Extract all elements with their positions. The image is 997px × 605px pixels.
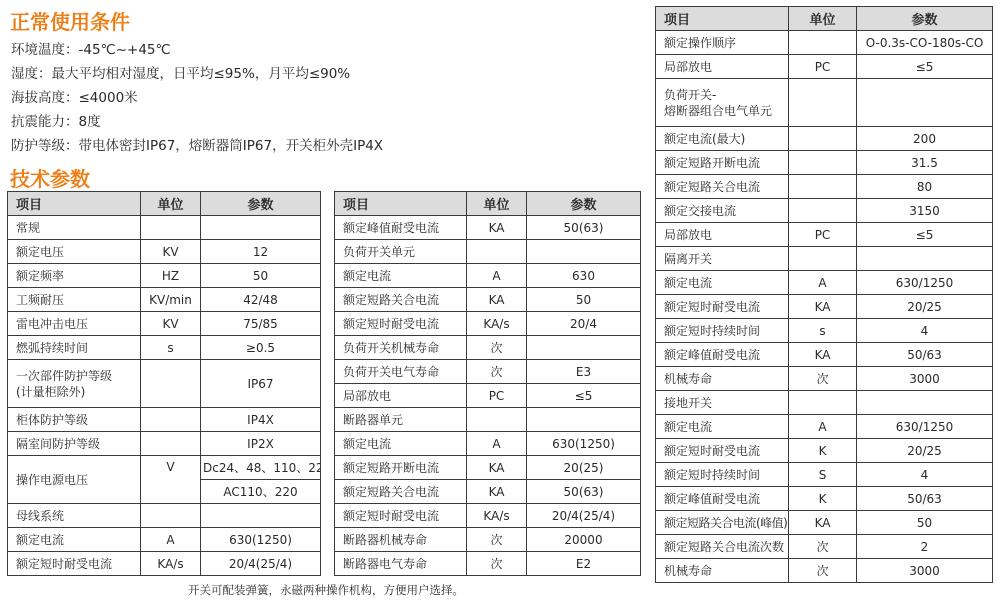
cell-value: 630(1250) bbox=[527, 432, 641, 456]
cell-item: 局部放电 bbox=[656, 223, 789, 247]
cell-unit bbox=[789, 151, 857, 175]
cell-unit bbox=[789, 31, 857, 55]
cell-unit bbox=[141, 504, 201, 528]
cell-value-2: AC110、220 bbox=[201, 480, 321, 504]
cell-value: E2 bbox=[527, 552, 641, 576]
cell-item: 机械寿命 bbox=[656, 559, 789, 583]
table-header-row: 项目 单位 参数 bbox=[335, 192, 641, 216]
cell-value: 80 bbox=[857, 175, 993, 199]
cell-item: 额定短路关合电流次数 bbox=[656, 535, 789, 559]
cell-item: 额定电流 bbox=[335, 432, 467, 456]
cell-unit: KV bbox=[141, 240, 201, 264]
condition-altitude: 海拔高度：≤4000米 bbox=[11, 86, 631, 110]
cell-value: 3000 bbox=[857, 559, 993, 583]
cell-unit: KA/s bbox=[467, 504, 527, 528]
cell-item: 接地开关 bbox=[656, 391, 789, 415]
cell-unit: 次 bbox=[467, 528, 527, 552]
cell-value: 4 bbox=[857, 463, 993, 487]
cell-item: 额定电流 bbox=[8, 528, 141, 552]
table-row: 额定峰值耐受电流KA50(63) bbox=[335, 216, 641, 240]
cell-value: E3 bbox=[527, 360, 641, 384]
table-row: 局部放电PC≤5 bbox=[656, 223, 993, 247]
cell-value: 4 bbox=[857, 319, 993, 343]
cell-item: 额定交接电流 bbox=[656, 199, 789, 223]
cell-value: IP67 bbox=[201, 360, 321, 408]
cell-item: 断路器电气寿命 bbox=[335, 552, 467, 576]
cell-value bbox=[201, 216, 321, 240]
cell-item-line2: 熔断器组合电气单元 bbox=[664, 103, 780, 119]
table-row: 隔离开关 bbox=[656, 247, 993, 271]
cell-item: 额定电流 bbox=[335, 264, 467, 288]
table-row: 燃弧持续时间s≥0.5 bbox=[8, 336, 321, 360]
cell-unit: KV/min bbox=[141, 288, 201, 312]
table-row: 柜体防护等级IP4X bbox=[8, 408, 321, 432]
cell-item: 额定峰值耐受电流 bbox=[656, 487, 789, 511]
header-unit: 单位 bbox=[141, 192, 201, 216]
cell-item: 额定短时持续时间 bbox=[656, 319, 789, 343]
cell-item: 额定电流 bbox=[656, 271, 789, 295]
cell-item: 额定短时耐受电流 bbox=[8, 552, 141, 576]
cell-value: 50/63 bbox=[857, 343, 993, 367]
spec-table-units: 项目 单位 参数 额定峰值耐受电流KA50(63) 负荷开关单元 额定电流A63… bbox=[334, 191, 641, 576]
cell-value: 630 bbox=[527, 264, 641, 288]
cell-item: 隔离开关 bbox=[656, 247, 789, 271]
cell-item: 隔室间防护等级 bbox=[8, 432, 141, 456]
cell-item: 局部放电 bbox=[656, 55, 789, 79]
cell-unit bbox=[467, 408, 527, 432]
table-row: 常规 bbox=[8, 216, 321, 240]
table-row: 接地开关 bbox=[656, 391, 993, 415]
cell-item: 额定短路开断电流 bbox=[656, 151, 789, 175]
cell-item: 额定短时耐受电流 bbox=[335, 312, 467, 336]
cell-unit: S bbox=[789, 463, 857, 487]
table-row: 负荷开关机械寿命次 bbox=[335, 336, 641, 360]
cell-item: 机械寿命 bbox=[656, 367, 789, 391]
header-value: 参数 bbox=[201, 192, 321, 216]
cell-item: 额定短时耐受电流 bbox=[656, 295, 789, 319]
cell-unit: A bbox=[467, 432, 527, 456]
header-item: 项目 bbox=[656, 7, 789, 31]
cell-item-line1: 负荷开关- bbox=[664, 87, 780, 103]
table-row: 额定短时持续时间S4 bbox=[656, 463, 993, 487]
table-row: 额定短时持续时间s4 bbox=[656, 319, 993, 343]
cell-item: 一次部件防护等级 (计量柜除外) bbox=[8, 360, 141, 408]
table-row: 额定电流A630 bbox=[335, 264, 641, 288]
table-row: 额定短路关合电流KA50(63) bbox=[335, 480, 641, 504]
table-row: 额定电流(最大)200 bbox=[656, 127, 993, 151]
table-row: 额定短时耐受电流KA/s20/4(25/4) bbox=[335, 504, 641, 528]
cell-value: 20000 bbox=[527, 528, 641, 552]
cell-item: 局部放电 bbox=[335, 384, 467, 408]
cell-item: 负荷开关电气寿命 bbox=[335, 360, 467, 384]
header-unit: 单位 bbox=[789, 7, 857, 31]
cell-item: 常规 bbox=[8, 216, 141, 240]
cell-value: 20/4(25/4) bbox=[201, 552, 321, 576]
cell-value: 3150 bbox=[857, 199, 993, 223]
cell-value bbox=[857, 391, 993, 415]
cell-value: ≤5 bbox=[857, 55, 993, 79]
table-row: 操作电源电压 V Dc24、48、110、220 bbox=[8, 456, 321, 480]
table-row: 断路器单元 bbox=[335, 408, 641, 432]
cell-item: 断路器单元 bbox=[335, 408, 467, 432]
cell-value: O-0.3s-CO-180s-CO bbox=[857, 31, 993, 55]
cell-value bbox=[201, 504, 321, 528]
cell-unit bbox=[789, 175, 857, 199]
cell-value: 31.5 bbox=[857, 151, 993, 175]
cell-item: 额定短时耐受电流 bbox=[335, 504, 467, 528]
cell-unit: 次 bbox=[789, 535, 857, 559]
footnote: 开关可配装弹簧，永磁两种操作机构，方便用户选择。 bbox=[188, 582, 464, 598]
cell-unit bbox=[789, 79, 857, 127]
cell-value: 50/63 bbox=[857, 487, 993, 511]
cell-unit: A bbox=[141, 528, 201, 552]
table-row: 断路器机械寿命次20000 bbox=[335, 528, 641, 552]
cell-value: 630(1250) bbox=[201, 528, 321, 552]
cell-item: 额定短时耐受电流 bbox=[656, 439, 789, 463]
cell-value bbox=[527, 408, 641, 432]
cell-value: ≤5 bbox=[857, 223, 993, 247]
cell-unit bbox=[467, 240, 527, 264]
cell-unit: K bbox=[789, 487, 857, 511]
table-row: 额定短路开断电流KA20(25) bbox=[335, 456, 641, 480]
table-row: 额定电压KV12 bbox=[8, 240, 321, 264]
cell-value bbox=[857, 79, 993, 127]
condition-seismic: 抗震能力：8度 bbox=[11, 110, 631, 134]
cell-unit: V bbox=[141, 456, 201, 504]
cell-item: 负荷开关- 熔断器组合电气单元 bbox=[656, 79, 789, 127]
cell-value: 20(25) bbox=[527, 456, 641, 480]
table-row: 额定短路关合电流(峰值)KA50 bbox=[656, 511, 993, 535]
header-value: 参数 bbox=[527, 192, 641, 216]
condition-protection: 防护等级：带电体密封IP67，熔断器筒IP67，开关柜外壳IP4X bbox=[11, 134, 631, 158]
cell-unit: s bbox=[141, 336, 201, 360]
cell-item: 额定电流 bbox=[656, 415, 789, 439]
table-row: 机械寿命次3000 bbox=[656, 367, 993, 391]
cell-unit: KA bbox=[467, 288, 527, 312]
cell-unit: PC bbox=[467, 384, 527, 408]
cell-unit: A bbox=[467, 264, 527, 288]
cell-value: 50 bbox=[527, 288, 641, 312]
cell-value: 12 bbox=[201, 240, 321, 264]
cell-value: 2 bbox=[857, 535, 993, 559]
cell-item: 额定电流(最大) bbox=[656, 127, 789, 151]
tech-title: 技术参数 bbox=[10, 163, 90, 192]
cell-item: 额定峰值耐受电流 bbox=[656, 343, 789, 367]
cell-value: 630/1250 bbox=[857, 271, 993, 295]
cell-value bbox=[527, 240, 641, 264]
cell-unit: KV bbox=[141, 312, 201, 336]
cell-unit: PC bbox=[789, 223, 857, 247]
table-row: 额定短时耐受电流KA/s20/4 bbox=[335, 312, 641, 336]
cell-unit: 次 bbox=[789, 559, 857, 583]
table-row: 负荷开关- 熔断器组合电气单元 bbox=[656, 79, 993, 127]
table-row: 局部放电PC≤5 bbox=[656, 55, 993, 79]
cell-value: 630/1250 bbox=[857, 415, 993, 439]
cell-item: 操作电源电压 bbox=[8, 456, 141, 504]
table-row: 额定交接电流3150 bbox=[656, 199, 993, 223]
cell-item: 额定短路关合电流(峰值) bbox=[656, 511, 789, 535]
cell-value: 200 bbox=[857, 127, 993, 151]
table-row: 额定电流A630/1250 bbox=[656, 271, 993, 295]
cell-item: 额定短路关合电流 bbox=[335, 480, 467, 504]
cell-unit: HZ bbox=[141, 264, 201, 288]
conditions-title: 正常使用条件 bbox=[10, 6, 130, 35]
condition-temperature: 环境温度：-45℃~+45℃ bbox=[11, 38, 631, 62]
table-row: 额定短时耐受电流KA20/25 bbox=[656, 295, 993, 319]
cell-unit: KA bbox=[789, 295, 857, 319]
cell-value: Dc24、48、110、220 bbox=[201, 456, 321, 480]
table-row: 负荷开关电气寿命次E3 bbox=[335, 360, 641, 384]
cell-item: 工频耐压 bbox=[8, 288, 141, 312]
cell-item: 额定频率 bbox=[8, 264, 141, 288]
cell-value: 50 bbox=[201, 264, 321, 288]
cell-unit: 次 bbox=[467, 336, 527, 360]
cell-unit: KA bbox=[789, 343, 857, 367]
cell-unit: 次 bbox=[789, 367, 857, 391]
conditions-list: 环境温度：-45℃~+45℃ 湿度：最大平均相对湿度，日平均≤95%，月平均≤9… bbox=[11, 38, 631, 158]
table-row: 额定峰值耐受电流KA50/63 bbox=[656, 343, 993, 367]
cell-item: 额定短时持续时间 bbox=[656, 463, 789, 487]
table-row: 机械寿命次3000 bbox=[656, 559, 993, 583]
table-row: 额定电流A630/1250 bbox=[656, 415, 993, 439]
cell-unit: KA bbox=[467, 480, 527, 504]
cell-value: IP4X bbox=[201, 408, 321, 432]
table-row: 隔室间防护等级IP2X bbox=[8, 432, 321, 456]
cell-unit: KA bbox=[467, 216, 527, 240]
table-row: 额定短路开断电流31.5 bbox=[656, 151, 993, 175]
cell-item: 负荷开关机械寿命 bbox=[335, 336, 467, 360]
cell-value: 20/25 bbox=[857, 439, 993, 463]
table-row: 局部放电PC≤5 bbox=[335, 384, 641, 408]
table-row: 负荷开关单元 bbox=[335, 240, 641, 264]
table-row: 额定短时耐受电流K20/25 bbox=[656, 439, 993, 463]
cell-value: 42/48 bbox=[201, 288, 321, 312]
table-row: 一次部件防护等级 (计量柜除外) IP67 bbox=[8, 360, 321, 408]
cell-item-line1: 一次部件防护等级 bbox=[16, 368, 132, 384]
cell-value: 75/85 bbox=[201, 312, 321, 336]
table-header-row: 项目 单位 参数 bbox=[656, 7, 993, 31]
table-row: 额定短路关合电流KA50 bbox=[335, 288, 641, 312]
table-row: 额定短路关合电流次数次2 bbox=[656, 535, 993, 559]
table-row: 额定电流A630(1250) bbox=[8, 528, 321, 552]
spec-table-switches: 项目 单位 参数 额定操作顺序O-0.3s-CO-180s-CO 局部放电PC≤… bbox=[655, 6, 993, 583]
cell-item: 燃弧持续时间 bbox=[8, 336, 141, 360]
cell-item: 额定峰值耐受电流 bbox=[335, 216, 467, 240]
cell-unit: 次 bbox=[467, 360, 527, 384]
cell-item: 额定操作顺序 bbox=[656, 31, 789, 55]
cell-item: 断路器机械寿命 bbox=[335, 528, 467, 552]
table-row: 额定短时耐受电流KA/s20/4(25/4) bbox=[8, 552, 321, 576]
cell-unit: 次 bbox=[467, 552, 527, 576]
spec-table-general: 项目 单位 参数 常规 额定电压KV12 额定频率HZ50 工频耐压KV/min… bbox=[7, 191, 321, 576]
cell-value: 50 bbox=[857, 511, 993, 535]
cell-unit bbox=[789, 127, 857, 151]
cell-unit bbox=[141, 408, 201, 432]
header-unit: 单位 bbox=[467, 192, 527, 216]
cell-item: 母线系统 bbox=[8, 504, 141, 528]
cell-unit: A bbox=[789, 415, 857, 439]
cell-unit: s bbox=[789, 319, 857, 343]
table-row: 额定峰值耐受电流K50/63 bbox=[656, 487, 993, 511]
condition-humidity: 湿度：最大平均相对湿度，日平均≤95%，月平均≤90% bbox=[11, 62, 631, 86]
cell-value: 50(63) bbox=[527, 216, 641, 240]
cell-value: 20/25 bbox=[857, 295, 993, 319]
cell-unit: KA bbox=[789, 511, 857, 535]
table-row: 额定频率HZ50 bbox=[8, 264, 321, 288]
cell-item: 额定短路开断电流 bbox=[335, 456, 467, 480]
cell-value: 3000 bbox=[857, 367, 993, 391]
table-row: 雷电冲击电压KV75/85 bbox=[8, 312, 321, 336]
header-item: 项目 bbox=[8, 192, 141, 216]
table-header-row: 项目 单位 参数 bbox=[8, 192, 321, 216]
cell-unit bbox=[789, 199, 857, 223]
cell-item: 额定短路关合电流 bbox=[656, 175, 789, 199]
header-item: 项目 bbox=[335, 192, 467, 216]
cell-unit bbox=[141, 216, 201, 240]
cell-value bbox=[857, 247, 993, 271]
cell-unit: A bbox=[789, 271, 857, 295]
cell-value: 20/4 bbox=[527, 312, 641, 336]
cell-item-line2: (计量柜除外) bbox=[16, 384, 132, 400]
cell-value: ≤5 bbox=[527, 384, 641, 408]
cell-value bbox=[527, 336, 641, 360]
cell-unit: KA bbox=[467, 456, 527, 480]
cell-item: 柜体防护等级 bbox=[8, 408, 141, 432]
table-row: 额定操作顺序O-0.3s-CO-180s-CO bbox=[656, 31, 993, 55]
table-row: 工频耐压KV/min42/48 bbox=[8, 288, 321, 312]
cell-item: 负荷开关单元 bbox=[335, 240, 467, 264]
cell-unit: KA/s bbox=[141, 552, 201, 576]
cell-value: ≥0.5 bbox=[201, 336, 321, 360]
cell-unit bbox=[141, 360, 201, 408]
header-value: 参数 bbox=[857, 7, 993, 31]
cell-value: IP2X bbox=[201, 432, 321, 456]
cell-unit: KA/s bbox=[467, 312, 527, 336]
cell-unit: PC bbox=[789, 55, 857, 79]
table-row: 母线系统 bbox=[8, 504, 321, 528]
table-row: 断路器电气寿命次E2 bbox=[335, 552, 641, 576]
table-row: 额定电流A630(1250) bbox=[335, 432, 641, 456]
cell-item: 额定短路关合电流 bbox=[335, 288, 467, 312]
cell-value: 50(63) bbox=[527, 480, 641, 504]
cell-value: 20/4(25/4) bbox=[527, 504, 641, 528]
cell-unit bbox=[789, 391, 857, 415]
cell-unit bbox=[789, 247, 857, 271]
cell-unit: K bbox=[789, 439, 857, 463]
cell-unit bbox=[141, 432, 201, 456]
cell-item: 额定电压 bbox=[8, 240, 141, 264]
table-row: 额定短路关合电流80 bbox=[656, 175, 993, 199]
cell-item: 雷电冲击电压 bbox=[8, 312, 141, 336]
